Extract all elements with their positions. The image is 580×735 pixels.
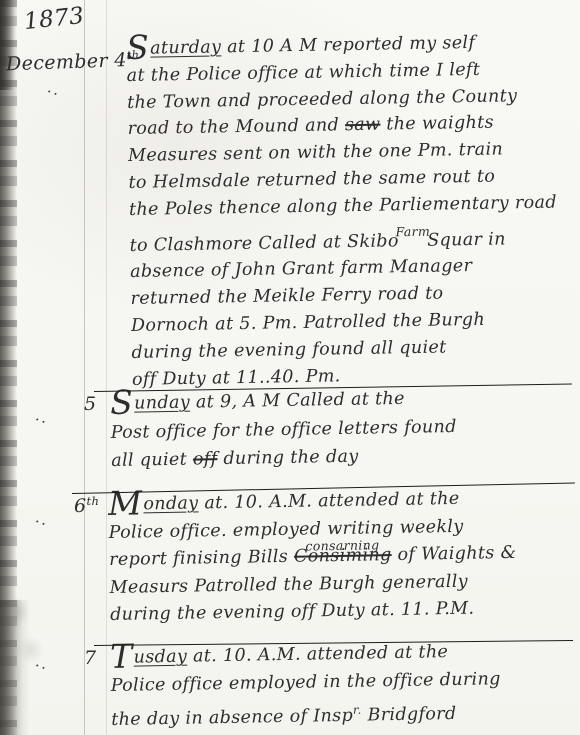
text-segment: the Town and proceeded along the County [127, 86, 517, 113]
text-segment: to Clashmore Called at Skibo [129, 231, 398, 256]
ditto-mark: .. [33, 652, 52, 674]
entry-sunday: Sunday at 9, A M Called at thePost offic… [110, 384, 457, 476]
text-segment: during the evening off Duty at. 11. P.M. [110, 599, 475, 625]
entry-monday: Monday at. 10. A.M. attended at thePolic… [108, 485, 518, 630]
margin-day-number: 6th [74, 494, 99, 517]
text-segment: Dornoch at 5. Pm. Patrolled the Burgh [131, 310, 485, 336]
ditto-mark: .. [45, 78, 64, 100]
text-segment: Bridgford [361, 704, 456, 726]
text-segment: Measures sent on with the one Pm. train [128, 140, 503, 167]
entry-line: the day in absence of Inspr. Bridgford [111, 693, 502, 734]
inserted-word: Farm [395, 223, 430, 239]
text-segment: Squar in [427, 229, 506, 250]
text-segment: at. 10. A.M. attended at the [198, 489, 459, 514]
text-segment: the waights [380, 113, 494, 135]
text-segment: to Helmsdale returned the same rout to [128, 167, 495, 193]
text-segment: at 9, A M Called at the [190, 389, 405, 413]
text-segment: at. 10. A.M. attended at the [187, 642, 448, 667]
day-word: onday [143, 493, 198, 514]
text-segment: Police office. employed writing weekly [109, 516, 464, 542]
text-segment: at the Police office at which time I lef… [127, 60, 481, 86]
day-ordinal-suffix: th [86, 494, 99, 508]
margin-fold-line [106, 0, 107, 735]
margin-month-day: December 4 [6, 49, 127, 75]
margin-day-number: 7 [84, 647, 96, 669]
initial-letter: T [110, 637, 133, 676]
initial-letter: M [108, 483, 143, 523]
text-segment: absence of John Grant farm Manager [130, 256, 472, 282]
text-segment: returned the Meikle Ferry road to [130, 284, 443, 309]
day-word: usday [133, 647, 187, 668]
text-segment: of Waights & [391, 543, 516, 565]
strikethrough-word: off [193, 449, 218, 469]
initial-letter: S [110, 383, 134, 422]
text-segment: during the day [217, 447, 358, 469]
text-segment: all quiet [111, 450, 193, 471]
margin-day-number: 5 [84, 393, 96, 415]
day-number: 7 [84, 647, 96, 669]
page-binding-edge-bottom [0, 600, 30, 735]
day-number: 5 [84, 393, 96, 415]
text-segment: Post office for the office letters found [111, 416, 457, 442]
text-segment: during the evening found all quiet [131, 337, 446, 362]
diary-page: 1873 December 4th..Saturday at 10 A M re… [0, 0, 580, 735]
day-word: unday [134, 393, 190, 414]
day-word: aturday [150, 37, 221, 58]
ditto-mark: .. [33, 406, 52, 428]
initial-letter: S [126, 28, 150, 67]
text-segment: Police office employed in the office dur… [111, 669, 501, 696]
year-label: 1873 [23, 3, 86, 35]
margin-date-label: December 4th [6, 48, 140, 76]
day-number: 6 [74, 495, 86, 517]
text-segment: Measurs Patrolled the Burgh generally [109, 571, 468, 597]
entry-tusday: Tusday at. 10. A.M. attended at thePolic… [110, 637, 502, 734]
page-binding-edge-top [0, 0, 14, 90]
text-segment: the Poles thence along the Parliementary… [129, 192, 557, 219]
ditto-mark: .. [33, 508, 52, 530]
entry-saturday: Saturday at 10 A M reported my selfat th… [126, 29, 560, 394]
margin-rule-line [84, 0, 85, 735]
text-segment: report finising Bills [109, 547, 294, 570]
text-segment: at 10 A M reported my self [221, 33, 475, 57]
entry-line: during the evening off Duty at. 11. P.M. [110, 595, 518, 630]
text-segment: the day in absence of Insp [111, 706, 353, 730]
entry-line: all quiet off during the day [111, 441, 457, 476]
text-segment: road to the Mound and [127, 116, 345, 140]
strikethrough-word: saw [345, 115, 381, 136]
